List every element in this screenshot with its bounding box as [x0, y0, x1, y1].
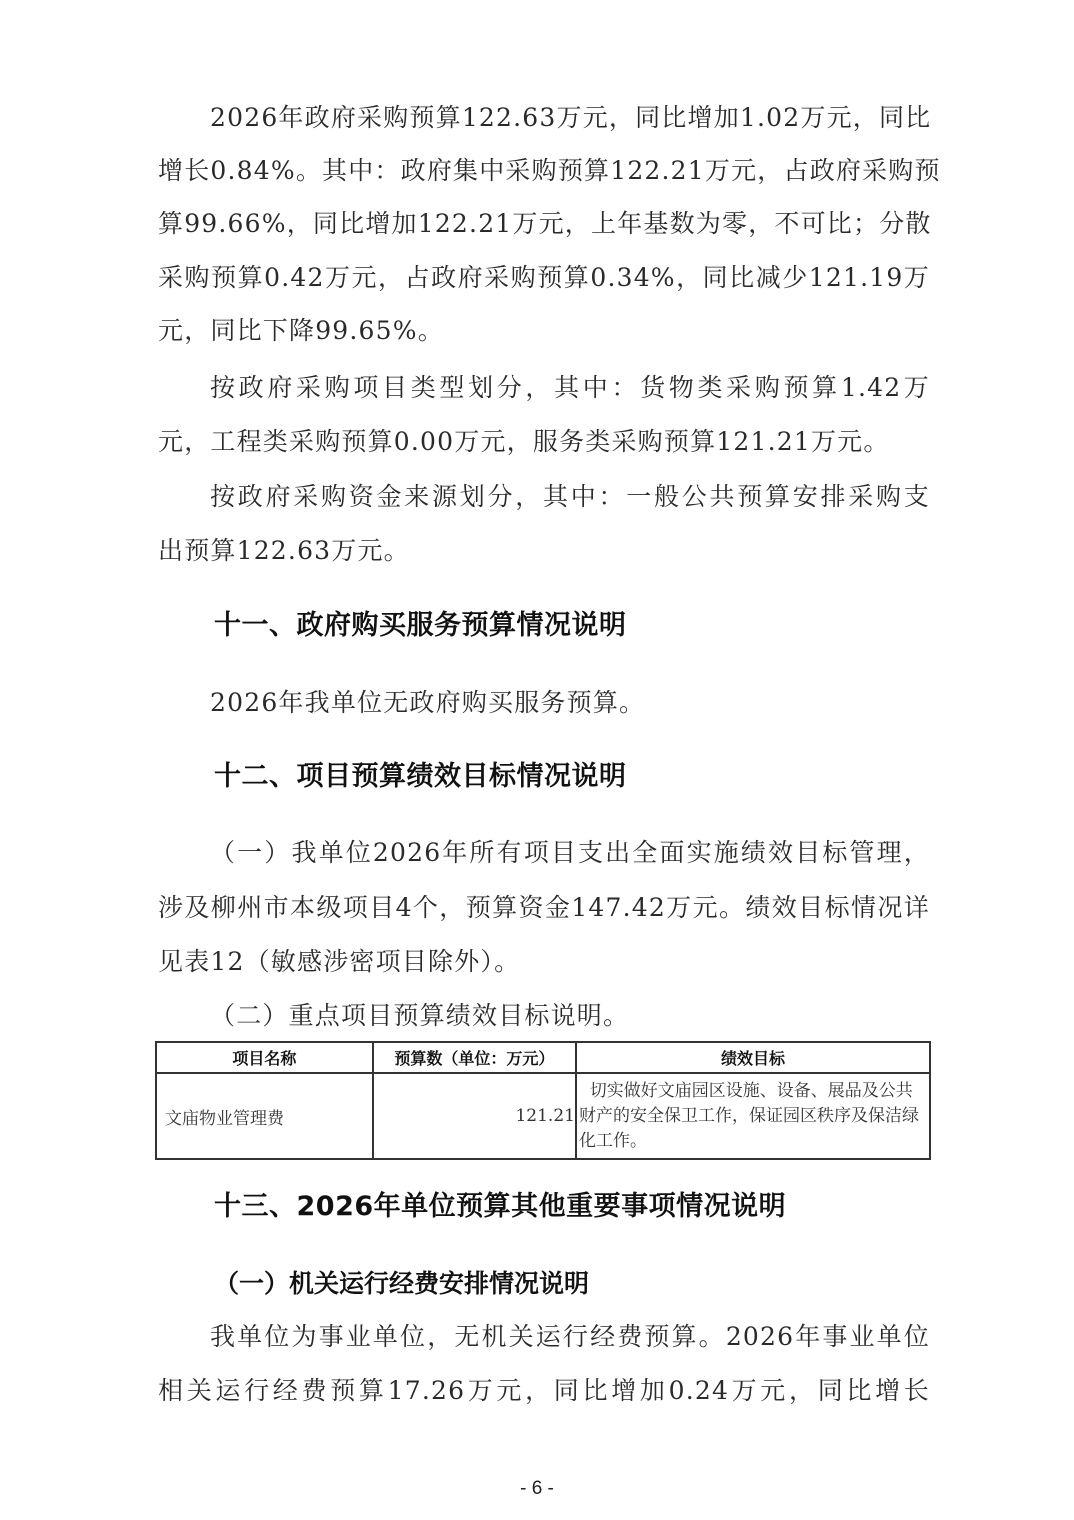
cell-goal: 切实做好文庙园区设施、设备、展品及公共财产的安全保卫工作，保证园区秩序及保洁绿化… [576, 1073, 930, 1159]
paragraph-line: 元，工程类采购预算0.00万元，服务类采购预算121.21万元。 [158, 427, 930, 457]
table-row: 文庙物业管理费 121.21 切实做好文庙园区设施、设备、展品及公共财产的安全保… [156, 1073, 930, 1159]
paragraph-line: 增长0.84%。其中：政府集中采购预算122.21万元，占政府采购预 [158, 156, 930, 186]
paragraph-line: 出预算122.63万元。 [158, 536, 930, 566]
paragraph-line: 按政府采购资金来源划分，其中：一般公共预算安排采购支 [210, 482, 930, 512]
cell-project-name: 文庙物业管理费 [156, 1073, 373, 1159]
paragraph-line: 按政府采购项目类型划分，其中：货物类采购预算1.42万 [210, 373, 930, 403]
section-heading-11: 十一、政府购买服务预算情况说明 [214, 610, 627, 642]
column-header-goal: 绩效目标 [576, 1042, 930, 1073]
paragraph-line: 采购预算0.42万元，占政府采购预算0.34%，同比减少121.19万 [158, 263, 930, 293]
document-page: 2026年政府采购预算122.63万元，同比增加1.02万元，同比 增长0.84… [0, 0, 1074, 1520]
performance-goals-table: 项目名称 预算数（单位：万元） 绩效目标 文庙物业管理费 121.21 切实做好… [155, 1041, 931, 1160]
paragraph-line: 元，同比下降99.65%。 [158, 316, 930, 346]
page-number: - 6 - [0, 1478, 1074, 1500]
paragraph-line: 我单位为事业单位，无机关运行经费预算。2026年事业单位 [210, 1322, 930, 1352]
column-header-budget: 预算数（单位：万元） [373, 1042, 576, 1073]
section-12-item2: （二）重点项目预算绩效目标说明。 [210, 1001, 930, 1031]
subsection-heading: （一）机关运行经费安排情况说明 [214, 1268, 589, 1300]
paragraph-line: 算99.66%，同比增加122.21万元，上年基数为零，不可比；分散 [158, 209, 930, 239]
cell-budget: 121.21 [373, 1073, 576, 1159]
paragraph-line: 2026年政府采购预算122.63万元，同比增加1.02万元，同比 [210, 103, 930, 133]
paragraph-line: 相关运行经费预算17.26万元，同比增加0.24万元，同比增长 [158, 1376, 930, 1406]
section-heading-12: 十二、项目预算绩效目标情况说明 [214, 761, 627, 793]
paragraph-line: （一）我单位2026年所有项目支出全面实施绩效目标管理， [210, 838, 930, 868]
column-header-project-name: 项目名称 [156, 1042, 373, 1073]
table-header-row: 项目名称 预算数（单位：万元） 绩效目标 [156, 1042, 930, 1073]
section-heading-13: 十三、2026年单位预算其他重要事项情况说明 [214, 1191, 786, 1223]
section-11-body: 2026年我单位无政府购买服务预算。 [210, 688, 930, 718]
paragraph-line: 见表12（敏感涉密项目除外）。 [158, 947, 930, 977]
paragraph-line: 涉及柳州市本级项目4个，预算资金147.42万元。绩效目标情况详 [158, 893, 930, 923]
